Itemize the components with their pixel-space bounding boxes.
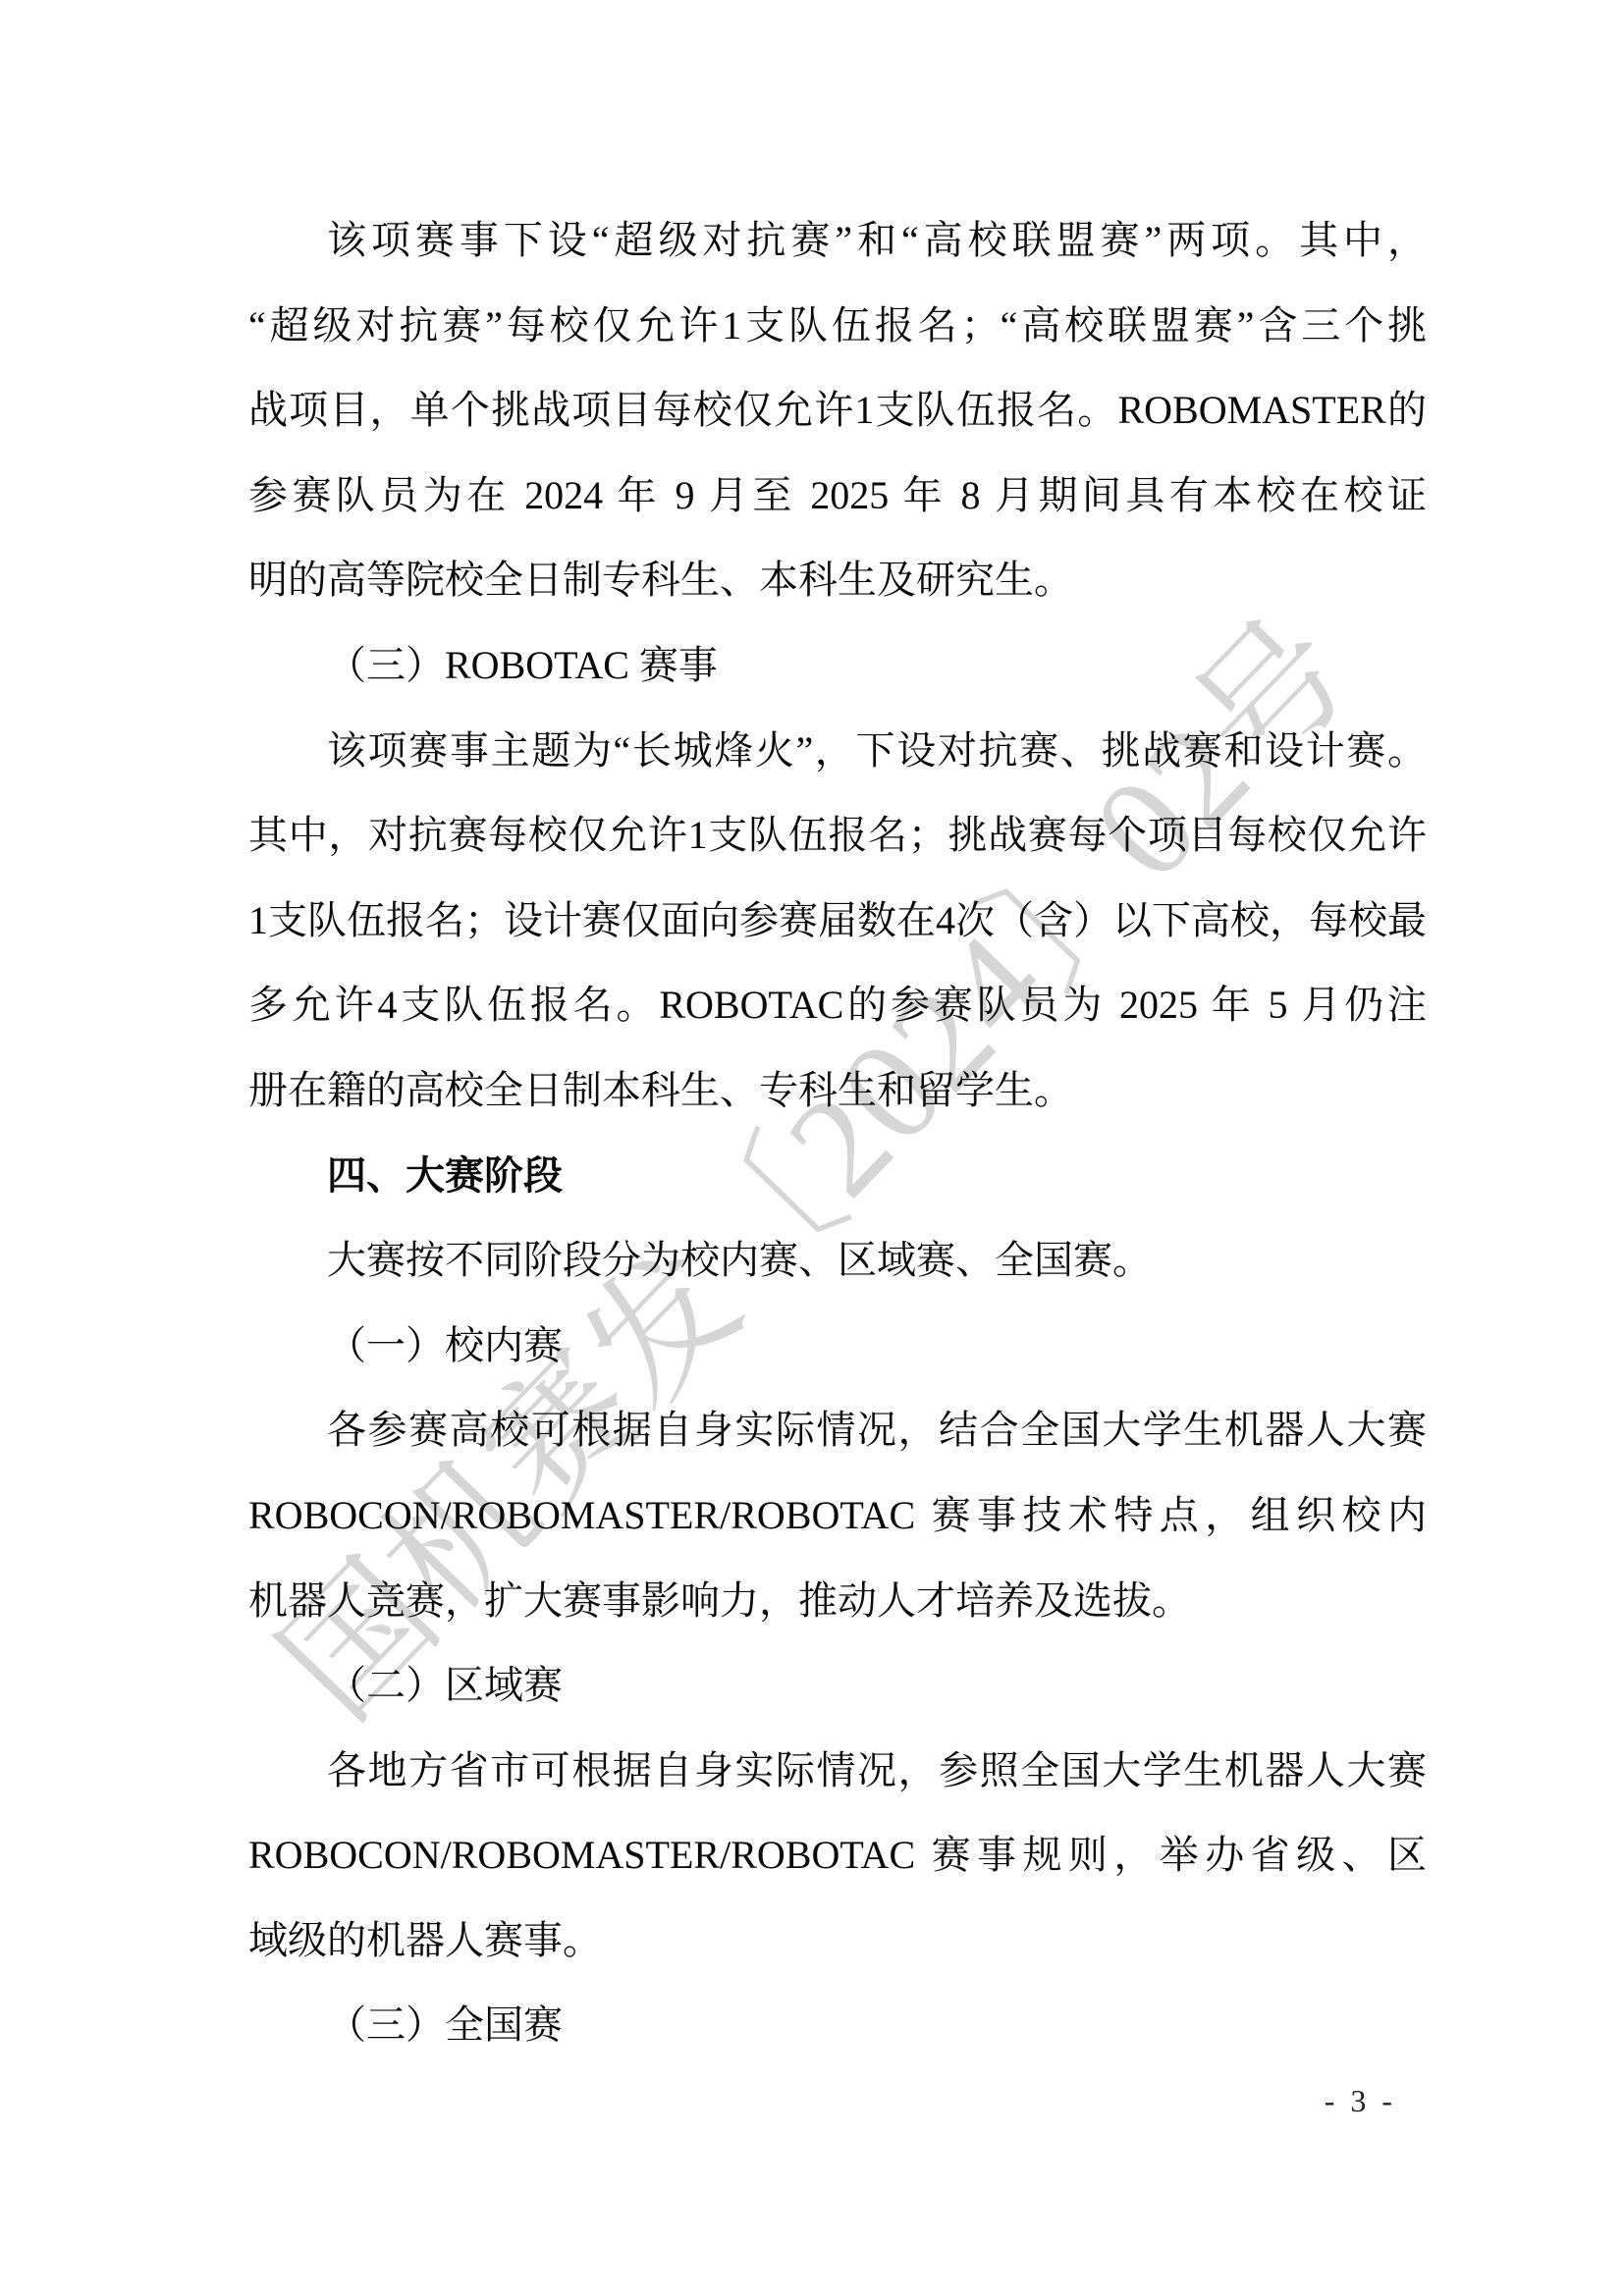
body-line: 明的高等院校全日制专科生、本科生及研究生。	[248, 538, 1427, 623]
section-heading: （一）校内赛	[248, 1304, 1427, 1389]
section-heading: 四、大赛阶段	[248, 1134, 1427, 1219]
section-heading: （二）区域赛	[248, 1643, 1427, 1729]
section-heading: （三）全国赛	[248, 1983, 1427, 2068]
document-body: 该项赛事下设“超级对抗赛”和“高校联盟赛”两项。其中，“超级对抗赛”每校仅允许1…	[248, 198, 1427, 2068]
body-line: 参赛队员为在 2024 年 9 月至 2025 年 8 月期间具有本校在校证	[248, 454, 1427, 539]
body-line: 其中，对抗赛每校仅允许1支队伍报名；挑战赛每个项目每校仅允许	[248, 793, 1427, 879]
body-line: 该项赛事下设“超级对抗赛”和“高校联盟赛”两项。其中，	[248, 198, 1427, 284]
body-line: 各地方省市可根据自身实际情况，参照全国大学生机器人大赛	[248, 1729, 1427, 1814]
body-line: 各参赛高校可根据自身实际情况，结合全国大学生机器人大赛	[248, 1388, 1427, 1473]
body-line: 册在籍的高校全日制本科生、专科生和留学生。	[248, 1048, 1427, 1134]
document-page: 国机赛发〔2024〕02号 该项赛事下设“超级对抗赛”和“高校联盟赛”两项。其中…	[0, 0, 1624, 2296]
body-line: 大赛按不同阶段分为校内赛、区域赛、全国赛。	[248, 1218, 1427, 1304]
body-line: “超级对抗赛”每校仅允许1支队伍报名；“高校联盟赛”含三个挑	[248, 284, 1427, 369]
body-line: 多允许4支队伍报名。ROBOTAC的参赛队员为 2025 年 5 月仍注	[248, 963, 1427, 1048]
section-heading: （三）ROBOTAC 赛事	[248, 623, 1427, 709]
page-number: - 3 -	[1325, 2083, 1396, 2119]
body-line: 1支队伍报名；设计赛仅面向参赛届数在4次（含）以下高校，每校最	[248, 879, 1427, 964]
body-line: ROBOCON/ROBOMASTER/ROBOTAC 赛事技术特点，组织校内	[248, 1473, 1427, 1559]
body-line: 域级的机器人赛事。	[248, 1898, 1427, 1984]
body-line: 该项赛事主题为“长城烽火”，下设对抗赛、挑战赛和设计赛。	[248, 709, 1427, 794]
body-line: 战项目，单个挑战项目每校仅允许1支队伍报名。ROBOMASTER的	[248, 368, 1427, 454]
body-line: 机器人竞赛，扩大赛事影响力，推动人才培养及选拔。	[248, 1559, 1427, 1644]
body-line: ROBOCON/ROBOMASTER/ROBOTAC 赛事规则，举办省级、区	[248, 1813, 1427, 1898]
